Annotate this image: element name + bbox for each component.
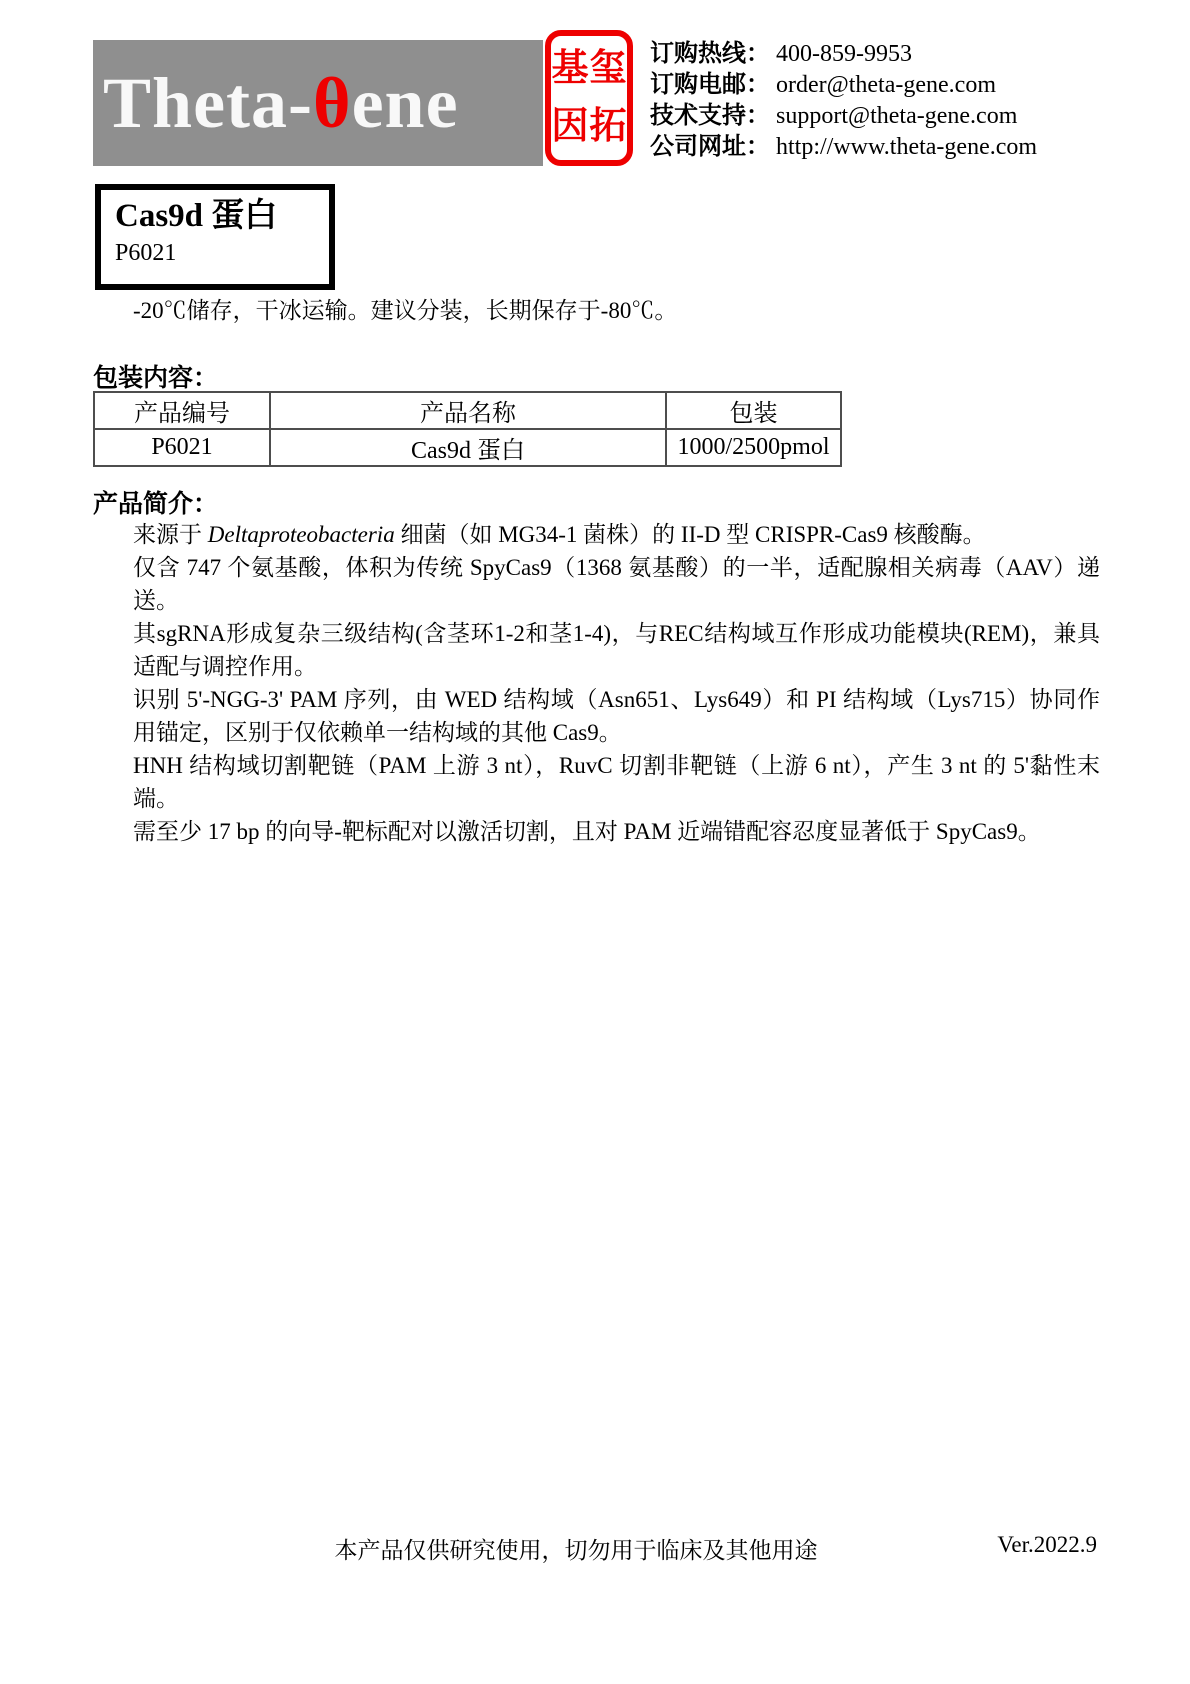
website-url[interactable]: http://www.theta-gene.com [776,134,1037,160]
logo-text-left: Theta- [103,63,313,143]
intro-p1-post: 细菌（如 MG34-1 菌株）的 II-D 型 CRISPR-Cas9 核酸酶。 [395,522,986,547]
intro-paragraph-specificity: 需至少 17 bp 的向导-靶标配对以激活切割，且对 PAM 近端错配容忍度显著… [133,815,1100,848]
catalog-number: P6021 [115,240,315,267]
logo-theta-glyph: θ [313,63,352,143]
contact-list: 订购热线：400-859-9953 订购电邮：order@theta-gene.… [650,38,1037,162]
cell-product-name: Cas9d 蛋白 [270,429,666,466]
hotline-value: 400-859-9953 [776,41,912,67]
packaging-table-header-row: 产品编号 产品名称 包装 [94,392,841,429]
logo-text-right: ene [352,63,459,143]
packaging-heading: 包装内容： [93,358,218,394]
seal-char-4: 拓 [590,103,627,151]
intro-p1-pre: 来源于 [133,522,208,547]
seal-char-3: 因 [552,103,589,151]
packaging-table: 产品编号 产品名称 包装 P6021 Cas9d 蛋白 1000/2500pmo… [93,391,842,467]
seal-char-1: 基 [552,45,589,93]
packaging-table-row: P6021 Cas9d 蛋白 1000/2500pmol [94,429,841,466]
order-email-label: 订购电邮： [650,71,770,98]
intro-paragraph-source: 来源于 Deltaproteobacteria 细菌（如 MG34-1 菌株）的… [133,518,1100,551]
intro-paragraph-cleavage: HNH 结构域切割靶链（PAM 上游 3 nt），RuvC 切割非靶链（上游 6… [133,749,1100,815]
intro-paragraph-pam: 识别 5'-NGG-3' PAM 序列，由 WED 结构域（Asn651、Lys… [133,683,1100,749]
support-email-label: 技术支持： [650,102,770,129]
header-cell-product-name: 产品名称 [270,392,666,429]
support-email-value[interactable]: support@theta-gene.com [776,103,1017,129]
cell-product-no: P6021 [94,429,270,466]
company-logo: Theta-θene [93,67,459,139]
version-label: Ver.2022.9 [997,1532,1097,1558]
datasheet-page: Theta-θene 基 玺 因 拓 订购热线：400-859-9953 订购电… [0,0,1190,1684]
header-banner: Theta-θene [93,40,543,166]
order-email-value[interactable]: order@theta-gene.com [776,72,996,98]
hotline-label: 订购热线： [650,40,770,67]
footer-disclaimer: 本产品仅供研究使用，切勿用于临床及其他用途 [133,1532,1019,1565]
contact-line-order-email: 订购电邮：order@theta-gene.com [650,69,1037,100]
intro-paragraph-sgrna: 其sgRNA形成复杂三级结构(含茎环1-2和茎1-4)，与REC结构域互作形成功… [133,617,1100,683]
company-seal: 基 玺 因 拓 [545,30,633,166]
intro-p1-species-name: Deltaproteobacteria [208,522,395,547]
contact-line-support-email: 技术支持：support@theta-gene.com [650,100,1037,131]
product-title: Cas9d 蛋白 [115,198,315,236]
storage-note: -20℃储存，干冰运输。建议分装，长期保存于-80℃。 [133,292,677,325]
contact-line-hotline: 订购热线：400-859-9953 [650,38,1037,69]
product-title-box: Cas9d 蛋白 P6021 [95,184,335,290]
header-cell-package: 包装 [666,392,841,429]
seal-char-2: 玺 [590,45,627,93]
intro-paragraph-size: 仅含 747 个氨基酸，体积为传统 SpyCas9（1368 氨基酸）的一半，适… [133,551,1100,617]
contact-line-website: 公司网址：http://www.theta-gene.com [650,131,1037,162]
intro-heading: 产品简介： [93,484,218,520]
cell-package: 1000/2500pmol [666,429,841,466]
intro-body: 来源于 Deltaproteobacteria 细菌（如 MG34-1 菌株）的… [133,518,1100,848]
website-label: 公司网址： [650,133,770,160]
header-cell-product-no: 产品编号 [94,392,270,429]
